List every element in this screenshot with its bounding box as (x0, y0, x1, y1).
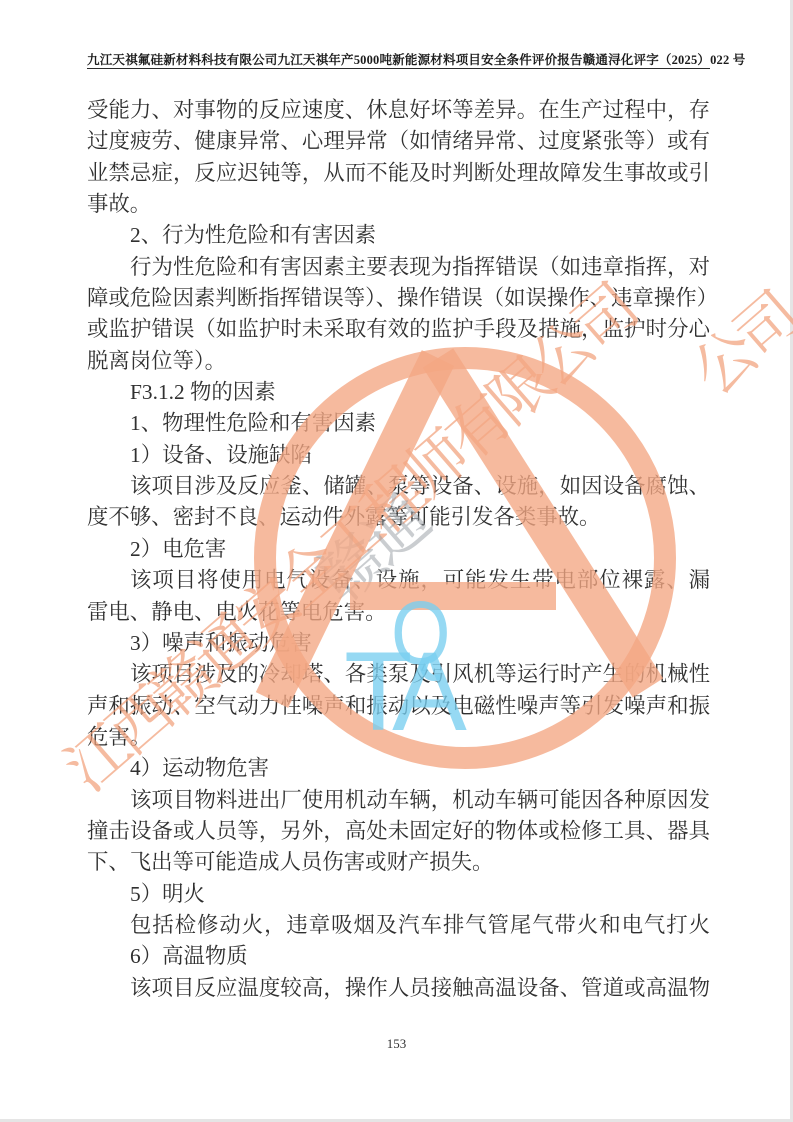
body-line: 撞击设备或人员等，另外，高处未固定好的物体或检修工具、器具落 (87, 816, 710, 847)
body-line: 2、行为性危险和有害因素 (87, 220, 710, 251)
header-rule (87, 68, 710, 69)
body-line: 声和振动、空气动力性噪声和振动以及电磁性噪声等引发噪声和振动 (87, 691, 710, 722)
header-doc-number: 赣通浔化评字（2025）022 号 (583, 50, 746, 68)
body-line: 或监护错误（如监护时未采取有效的监护手段及措施，监护时分心或 (87, 314, 710, 345)
body-line: F3.1.2 物的因素 (87, 377, 710, 408)
body-line: 危害。 (87, 722, 710, 753)
body-line: 4）运动物危害 (87, 753, 710, 784)
body-line: 5）明火 (87, 879, 710, 910)
body-line: 该项目将使用电气设备、设施，可能发生带电部位裸露、漏电、 (87, 565, 710, 596)
body-line: 该项目涉及的冷却塔、各类泵及引风机等运行时产生的机械性噪 (87, 659, 710, 690)
body-line: 度不够、密封不良、运动件外露等可能引发各类事故。 (87, 502, 710, 533)
body-line: 事故。 (87, 189, 710, 220)
body-line: 受能力、对事物的反应速度、休息好坏等差异。在生产过程中，存在 (87, 95, 710, 126)
body-line: 脱离岗位等）。 (87, 346, 710, 377)
body-line: 该项目反应温度较高，操作人员接触高温设备、管道或高温物料， (87, 973, 710, 1004)
body-line: 2）电危害 (87, 534, 710, 565)
body-line: 雷电、静电、电火花等电危害。 (87, 597, 710, 628)
body-line: 业禁忌症，反应迟钝等，从而不能及时判断处理故障发生事故或引发 (87, 158, 710, 189)
page-header: 九江天祺氟硅新材料科技有限公司九江天祺年产5000吨新能源材料项目安全条件评价报… (87, 50, 710, 68)
body-line: 过度疲劳、健康异常、心理异常（如情绪异常、过度紧张等）或有职 (87, 126, 710, 157)
body-line: 下、飞出等可能造成人员伤害或财产损失。 (87, 847, 710, 878)
body-line: 6）高温物质 (87, 941, 710, 972)
body-line: 该项目涉及反应釜、储罐、泵等设备、设施，如因设备腐蚀、强 (87, 471, 710, 502)
document-page: 九江天祺氟硅新材料科技有限公司九江天祺年产5000吨新能源材料项目安全条件评价报… (0, 0, 793, 1122)
page-number: 153 (0, 1036, 793, 1052)
body-line: 行为性危险和有害因素主要表现为指挥错误（如违章指挥，对故 (87, 252, 710, 283)
body-line: 包括检修动火，违章吸烟及汽车排气管尾气带火和电气打火等。 (87, 910, 710, 941)
body-line: 障或危险因素判断指挥错误等）、操作错误（如误操作、违章操作） (87, 283, 710, 314)
body-line: 1）设备、设施缺陷 (87, 440, 710, 471)
body-line: 3）噪声和振动危害 (87, 628, 710, 659)
body-line: 该项目物料进出厂使用机动车辆，机动车辆可能因各种原因发生 (87, 785, 710, 816)
body-text: 受能力、对事物的反应速度、休息好坏等差异。在生产过程中，存在过度疲劳、健康异常、… (87, 95, 710, 1004)
header-report-title: 九江天祺氟硅新材料科技有限公司九江天祺年产5000吨新能源材料项目安全条件评价报… (87, 50, 583, 68)
body-line: 1、物理性危险和有害因素 (87, 408, 710, 439)
